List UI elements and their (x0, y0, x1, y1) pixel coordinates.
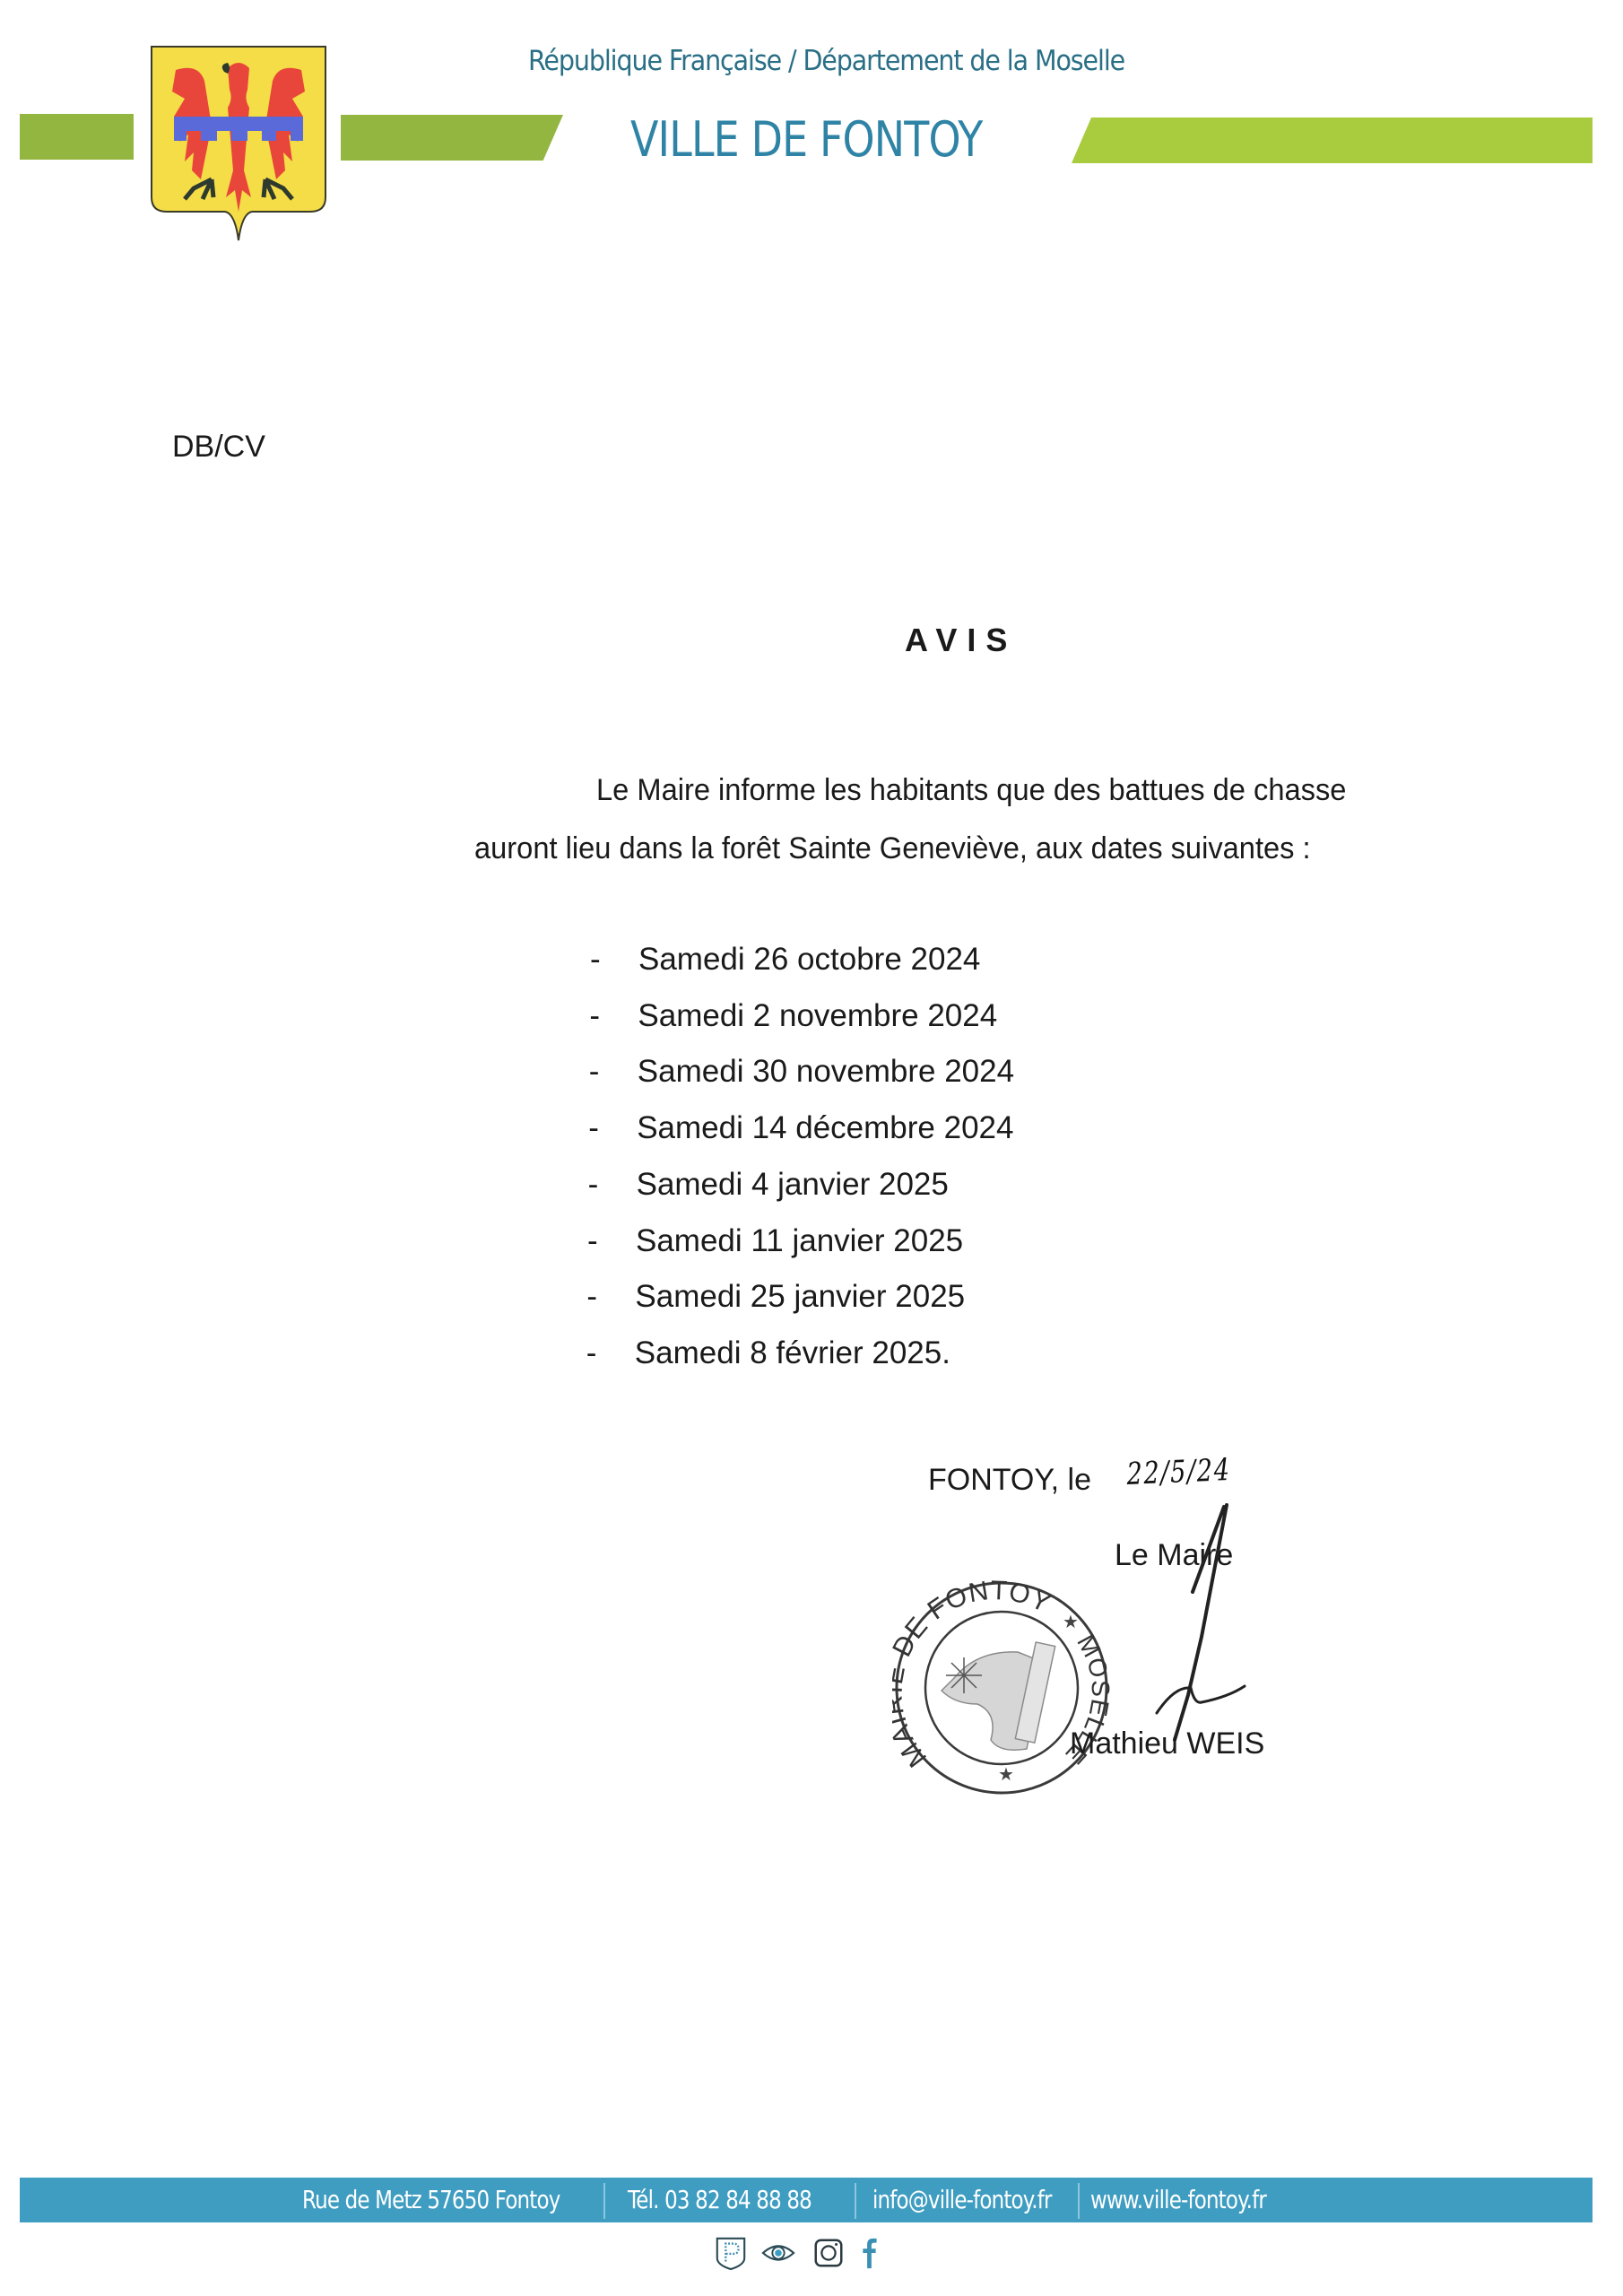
svg-text:★: ★ (998, 1765, 1014, 1785)
footer-phone: Tél. 03 82 84 88 88 (628, 2185, 811, 2214)
official-stamp-icon: MAIRIE DE FONTOY MOSELLE ★ ★ (892, 1578, 1112, 1798)
header-bar-right (1072, 117, 1593, 163)
instagram-icon[interactable] (812, 2236, 845, 2270)
list-item-text: Samedi 26 octobre 2024 (638, 942, 980, 978)
list-bullet: - (588, 1167, 599, 1203)
mayor-signature (1139, 1489, 1255, 1767)
eye-icon[interactable] (760, 2236, 796, 2270)
coat-of-arms-icon (149, 45, 328, 242)
document-reference: DB/CV (172, 430, 265, 465)
paragraph-line-2: auront lieu dans la forêt Sainte Geneviè… (474, 831, 1311, 866)
list-bullet: - (588, 1110, 599, 1146)
footer-website[interactable]: www.ville-fontoy.fr (1090, 2185, 1266, 2214)
list-bullet: - (586, 1279, 597, 1315)
footer-email[interactable]: info@ville-fontoy.fr (872, 2185, 1052, 2214)
header-bar-middle (341, 115, 563, 161)
document-heading: AVIS (905, 622, 1017, 659)
list-bullet: - (586, 1335, 597, 1371)
handwritten-date: 22/5/24 (1126, 1452, 1231, 1492)
list-item-text: Samedi 11 janvier 2025 (636, 1223, 963, 1259)
mayor-name: Mathieu WEIS (1070, 1726, 1264, 1761)
signature-place: FONTOY, le (928, 1463, 1091, 1498)
page-title: VILLE DE FONTOY (630, 111, 982, 168)
list-item-text: Samedi 30 novembre 2024 (638, 1054, 1014, 1090)
list-item-text: Samedi 14 décembre 2024 (637, 1110, 1013, 1146)
footer-divider (855, 2183, 856, 2219)
list-item-text: Samedi 4 janvier 2025 (637, 1167, 949, 1203)
list-bullet: - (589, 1054, 600, 1090)
footer-address: Rue de Metz 57650 Fontoy (302, 2185, 560, 2214)
facebook-icon[interactable] (859, 2236, 879, 2270)
list-item-text: Samedi 25 janvier 2025 (635, 1279, 965, 1315)
header-subtitle: République Française / Département de la… (528, 45, 1124, 77)
footer-divider (603, 2183, 605, 2219)
list-item-text: Samedi 2 novembre 2024 (638, 998, 997, 1034)
paragraph-line-1: Le Maire informe les habitants que des b… (596, 773, 1346, 808)
label-icon[interactable] (714, 2236, 748, 2270)
header-bar-left (20, 114, 134, 160)
list-bullet: - (587, 1223, 598, 1259)
svg-text:★: ★ (1063, 1613, 1079, 1632)
list-bullet: - (590, 942, 601, 978)
list-item-text: Samedi 8 février 2025. (635, 1335, 950, 1371)
list-bullet: - (589, 998, 600, 1034)
footer-divider (1078, 2183, 1080, 2219)
